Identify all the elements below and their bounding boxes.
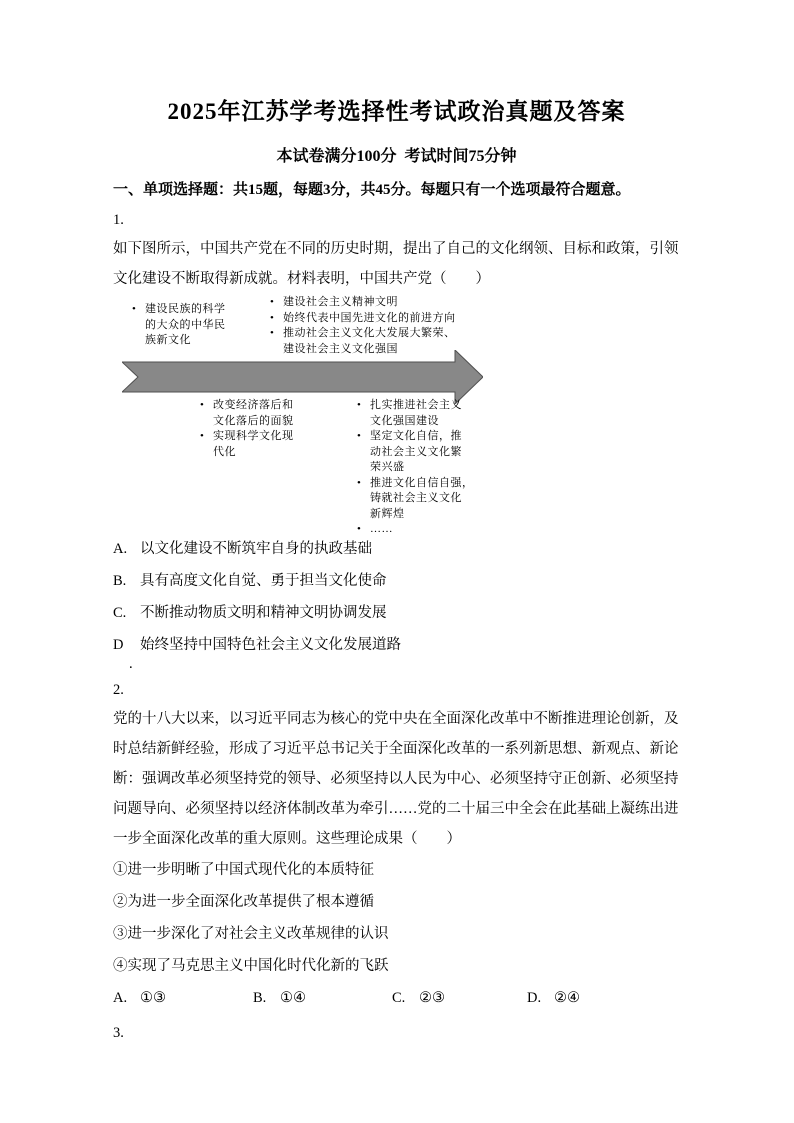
question3-number: 3.: [113, 1023, 680, 1044]
diagram-top-right-list: • 建设社会主义精神文明 • 始终代表中国先进文化的前进方向 • 推动社会主义文…: [270, 295, 456, 357]
exam-page: 2025年江苏学考选择性考试政治真题及答案 本试卷满分100分 考试时间75分钟…: [0, 0, 794, 1044]
bullet-icon: •: [270, 326, 283, 357]
statement-4: ④实现了马克思主义中国化时代化新的飞跃: [113, 950, 680, 982]
diagram-item-text: ……: [370, 522, 393, 538]
question2-option-b: B.①④: [253, 982, 306, 1014]
diagram-item-text: 实现科学文化现 代化: [213, 429, 294, 460]
bullet-icon: •: [357, 522, 370, 538]
diagram-item-text: 推进文化自信自强， 铸就社会主义文化 新辉煌: [370, 476, 474, 523]
question1-option-b: B.具有高度文化自觉、勇于担当文化使命: [113, 565, 680, 597]
timeline-arrow-icon: [122, 350, 483, 404]
option-label: A.: [113, 982, 140, 1014]
option-label: C.: [392, 982, 419, 1014]
diagram-top-left-list: • 建设民族的科学 的大众的中华民 族新文化: [132, 302, 226, 349]
option-label: C.: [113, 597, 140, 629]
question2-options: A.①③ B.①④ C.②③ D.②④: [113, 982, 680, 1014]
option-label: A.: [113, 533, 140, 565]
diagram-item-text: 坚定文化自信，推 动社会主义文化繁 荣兴盛: [370, 429, 462, 476]
bullet-icon: •: [357, 476, 370, 523]
question2-number: 2.: [113, 680, 680, 701]
option-text: ①③: [140, 990, 166, 1006]
diagram-item-text: 建设民族的科学 的大众的中华民 族新文化: [145, 302, 226, 349]
question1-option-a: A.以文化建设不断筑牢自身的执政基础: [113, 533, 680, 565]
option-text: 以文化建设不断筑牢自身的执政基础: [140, 541, 372, 557]
question1-number: 1.: [113, 210, 680, 231]
question2-option-d: D.②④: [527, 982, 580, 1014]
diagram-item-text: 推动社会主义文化大发展大繁荣、 建设社会主义文化强国: [283, 326, 456, 357]
section-heading: 一、单项选择题：共15题，每题3分，共45分。每题只有一个选项最符合题意。: [113, 180, 680, 201]
diagram-bullet-item: • 推动社会主义文化大发展大繁荣、 建设社会主义文化强国: [270, 326, 456, 357]
question2-stem: 党的十八大以来，以习近平同志为核心的党中央在全面深化改革中不断推进理论创新，及 …: [113, 704, 680, 854]
diagram-bullet-item: • 坚定文化自信，推 动社会主义文化繁 荣兴盛: [357, 429, 474, 476]
stray-period: .: [113, 661, 680, 671]
question2-option-a: A.①③: [113, 982, 166, 1014]
diagram-bottom-left-list: • 改变经济落后和 文化落后的面貌 • 实现科学文化现 代化: [200, 398, 294, 460]
option-text: 具有高度文化自觉、勇于担当文化使命: [140, 573, 387, 589]
diagram-bullet-item: • 改变经济落后和 文化落后的面貌: [200, 398, 294, 429]
question1-options: A.以文化建设不断筑牢自身的执政基础 B.具有高度文化自觉、勇于担当文化使命 C…: [113, 533, 680, 671]
statement-3: ③进一步深化了对社会主义改革规律的认识: [113, 918, 680, 950]
statement-1: ①进一步明晰了中国式现代化的本质特征: [113, 854, 680, 886]
diagram-bullet-item: • 始终代表中国先进文化的前进方向: [270, 311, 456, 327]
diagram-bullet-item: • 推进文化自信自强， 铸就社会主义文化 新辉煌: [357, 476, 474, 523]
option-text: ①④: [280, 990, 306, 1006]
bullet-icon: •: [357, 429, 370, 476]
diagram-item-text: 扎实推进社会主义 文化强国建设: [370, 398, 462, 429]
bullet-icon: •: [270, 311, 283, 327]
question1-stem: 如下图所示，中国共产党在不同的历史时期，提出了自己的文化纲领、目标和政策，引领 …: [113, 234, 680, 294]
statement-2: ②为进一步全面深化改革提供了根本遵循: [113, 886, 680, 918]
option-text: ②④: [554, 990, 580, 1006]
option-label: B.: [253, 982, 280, 1014]
diagram-item-text: 改变经济落后和 文化落后的面貌: [213, 398, 294, 429]
question1-diagram-figure: • 建设民族的科学 的大众的中华民 族新文化 • 建设社会主义精神文明 • 始终…: [113, 295, 680, 531]
option-label: D.: [527, 982, 554, 1014]
question1-option-d: D始终坚持中国特色社会主义文化发展道路: [113, 629, 680, 661]
diagram-item-text: 建设社会主义精神文明: [283, 295, 398, 311]
diagram-bullet-item: • 实现科学文化现 代化: [200, 429, 294, 460]
option-label: B.: [113, 565, 140, 597]
page-title: 2025年江苏学考选择性考试政治真题及答案: [113, 0, 680, 128]
option-text: 始终坚持中国特色社会主义文化发展道路: [140, 637, 401, 653]
diagram-bullet-item: • 扎实推进社会主义 文化强国建设: [357, 398, 474, 429]
bullet-icon: •: [132, 302, 145, 349]
timeline-arrow-shape: [122, 350, 483, 404]
bullet-icon: •: [357, 398, 370, 429]
diagram-bullet-item: • 建设民族的科学 的大众的中华民 族新文化: [132, 302, 226, 349]
question1-option-c: C.不断推动物质文明和精神文明协调发展: [113, 597, 680, 629]
option-text: 不断推动物质文明和精神文明协调发展: [140, 605, 387, 621]
diagram-bullet-item: • ……: [357, 522, 474, 538]
bullet-icon: •: [200, 398, 213, 429]
option-text: ②③: [419, 990, 445, 1006]
diagram-bottom-right-list: • 扎实推进社会主义 文化强国建设 • 坚定文化自信，推 动社会主义文化繁 荣兴…: [357, 398, 474, 538]
option-label: D: [113, 629, 140, 661]
page-subtitle: 本试卷满分100分 考试时间75分钟: [113, 146, 680, 167]
question2-statements: ①进一步明晰了中国式现代化的本质特征 ②为进一步全面深化改革提供了根本遵循 ③进…: [113, 854, 680, 982]
bullet-icon: •: [270, 295, 283, 311]
question2-option-c: C.②③: [392, 982, 445, 1014]
diagram-item-text: 始终代表中国先进文化的前进方向: [283, 311, 456, 327]
bullet-icon: •: [200, 429, 213, 460]
diagram-bullet-item: • 建设社会主义精神文明: [270, 295, 456, 311]
